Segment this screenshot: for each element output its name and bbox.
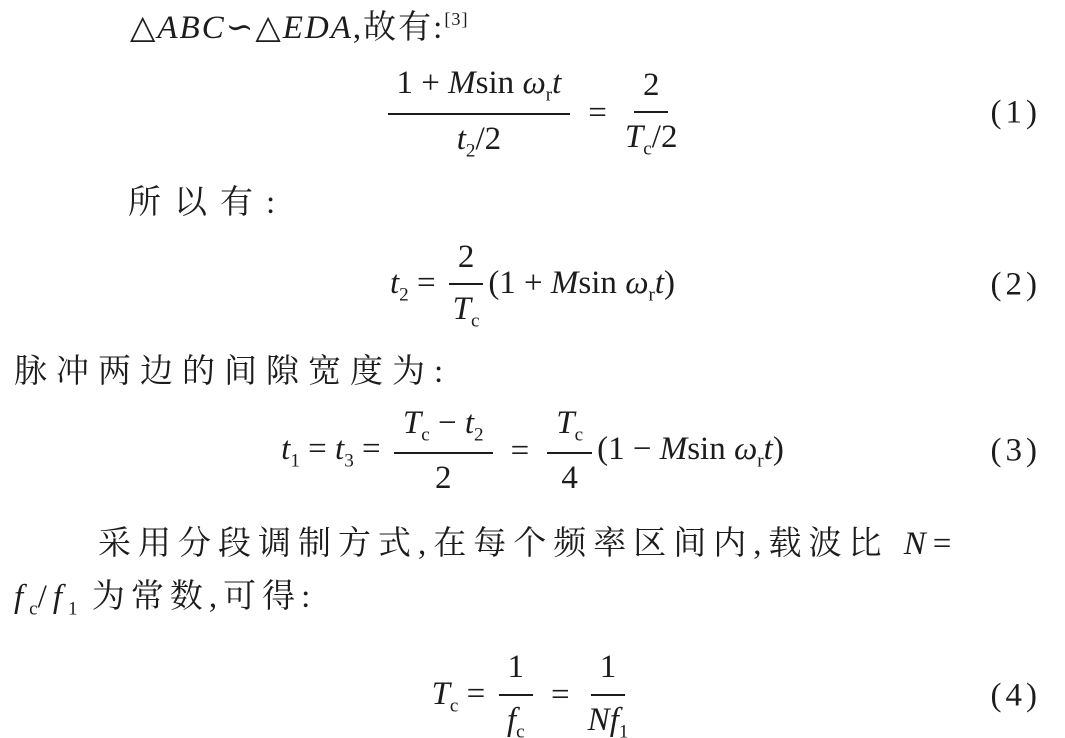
- subscript: 1: [619, 721, 629, 738]
- math-token: t: [390, 265, 399, 301]
- math-group: (1 + Msin ωrt): [488, 263, 675, 308]
- math-token: 4: [561, 460, 578, 496]
- math-token: t: [764, 431, 773, 467]
- slash-symbol: /: [38, 579, 53, 615]
- math-token: T: [625, 119, 643, 155]
- denominator: t2/2: [457, 115, 501, 164]
- equation-3: t1 = t3 = Tc − t2 2 = Tc 4 (1 − Msin ωrt…: [0, 403, 1065, 500]
- fraction: 1 + Msin ωrt t2/2: [388, 63, 571, 163]
- math-token: T: [403, 405, 421, 441]
- denominator: Nf1: [588, 696, 629, 738]
- equals-sign: =: [354, 431, 389, 467]
- subscript: 3: [344, 451, 354, 472]
- equation-1: 1 + Msin ωrt t2/2 = 2 Tc/2 (1): [0, 63, 1065, 163]
- math-token: M: [551, 265, 579, 301]
- math-group: (1 − Msin ωrt): [597, 429, 784, 474]
- equals-sign: =: [300, 431, 335, 467]
- subscript: c: [575, 424, 584, 445]
- subscript: 2: [474, 424, 484, 445]
- equation-number-4: (4): [991, 675, 1041, 716]
- equals-sign: =: [511, 431, 530, 472]
- fraction: 2 Tc: [449, 237, 484, 334]
- subscript: c: [471, 311, 480, 332]
- math-token: sin: [476, 65, 523, 101]
- denominator: 2: [435, 454, 452, 499]
- math-token: t: [281, 431, 290, 467]
- fraction: 1 fc: [499, 647, 534, 738]
- math-token: M: [660, 431, 688, 467]
- math-group: Tc =: [432, 674, 494, 719]
- math-token: ω: [625, 265, 648, 301]
- math-token: f: [507, 702, 516, 738]
- citation-ref: [3]: [444, 9, 468, 29]
- numerator: 2: [634, 65, 669, 113]
- subscript: 1: [290, 451, 300, 472]
- fraction: 1 Nf1: [588, 647, 629, 738]
- math-token: ,故有:: [353, 10, 444, 46]
- numerator: 1 + Msin ωrt: [388, 63, 571, 115]
- math-token: 1: [600, 649, 617, 685]
- subscript: c: [643, 139, 652, 160]
- math-token: sin: [578, 265, 625, 301]
- math-token: T: [432, 676, 450, 712]
- denominator: 4: [561, 454, 578, 499]
- math-token: t: [457, 121, 466, 157]
- subscript: 1: [68, 598, 78, 619]
- math-token: t: [335, 431, 344, 467]
- math-token: f: [610, 702, 619, 738]
- math-token: 2: [643, 67, 660, 103]
- math-token: t: [655, 265, 664, 301]
- fraction: Tc 4: [547, 403, 592, 500]
- equals-sign: =: [551, 675, 570, 716]
- math-group: t2 =: [390, 263, 444, 308]
- math-token: 2: [458, 239, 475, 275]
- triangle-symbol: △: [130, 10, 157, 46]
- math-group: t1 = t3 =: [281, 429, 389, 474]
- math-token: M: [448, 65, 476, 101]
- denominator: fc: [507, 696, 525, 738]
- numerator: Tc − t2: [394, 403, 493, 455]
- math-token: ω: [522, 65, 545, 101]
- math-token: ): [664, 265, 675, 301]
- math-token: ): [773, 431, 784, 467]
- minus-sign: −: [430, 405, 465, 441]
- fraction: 2 Tc/2: [625, 65, 678, 162]
- document-page: △ABC∽△EDA,故有:[3] 1 + Msin ωrt t2/2 = 2 T…: [0, 0, 1065, 738]
- numerator: 2: [449, 237, 484, 285]
- equals-sign: =: [933, 526, 959, 562]
- subscript: c: [29, 598, 38, 619]
- equation-number-2: (2): [991, 264, 1041, 305]
- connector-line-maichong: 脉冲两边的间隙宽度为:: [14, 352, 1065, 393]
- paragraph-line-1: 采用分段调制方式,在每个频率区间内,载波比 N=: [98, 524, 1065, 565]
- math-token: (1 +: [488, 265, 551, 301]
- text-token: 采用分段调制方式,在每个频率区间内,载波比: [98, 526, 904, 562]
- denominator: Tc: [453, 285, 480, 334]
- math-token: 2: [435, 460, 452, 496]
- math-token: ABC: [157, 10, 225, 46]
- subscript: c: [516, 721, 525, 738]
- numerator: Tc: [547, 403, 592, 455]
- equation-number-1: (1): [991, 93, 1041, 134]
- math-token: T: [453, 291, 471, 327]
- math-token: N: [588, 702, 610, 738]
- equation-4: Tc = 1 fc = 1 Nf1 (4): [0, 647, 1065, 738]
- math-token: t: [465, 405, 474, 441]
- math-token: (1 −: [597, 431, 660, 467]
- subscript: 2: [399, 284, 409, 305]
- fraction: Tc − t2 2: [394, 403, 493, 500]
- equals-sign: =: [458, 676, 493, 712]
- equation-number-3: (3): [991, 431, 1041, 472]
- numerator: 1: [591, 647, 626, 695]
- numerator: 1: [499, 647, 534, 695]
- math-token: f: [14, 579, 29, 615]
- similar-symbol: ∽: [226, 10, 256, 46]
- equals-sign: =: [588, 93, 607, 134]
- math-token: /2: [475, 121, 501, 157]
- math-token: 1: [508, 649, 525, 685]
- subscript: c: [421, 424, 430, 445]
- math-token: N: [904, 526, 933, 562]
- math-token: ω: [734, 431, 757, 467]
- math-token: EDA: [283, 10, 353, 46]
- math-token: f: [53, 579, 68, 615]
- equals-sign: =: [409, 265, 444, 301]
- denominator: Tc/2: [625, 113, 678, 162]
- equation-2: t2 = 2 Tc (1 + Msin ωrt) (2): [0, 237, 1065, 334]
- math-token: 1 +: [397, 65, 449, 101]
- paragraph-line-2: fc/f1 为常数,可得:: [14, 577, 1065, 622]
- text-token: 为常数,可得:: [78, 579, 317, 615]
- math-token: T: [556, 405, 574, 441]
- math-token: sin: [687, 431, 734, 467]
- math-token: /2: [652, 119, 678, 155]
- math-token: t: [552, 65, 561, 101]
- triangle-symbol: △: [255, 10, 282, 46]
- intro-line: △ABC∽△EDA,故有:[3]: [130, 8, 1065, 49]
- connector-line-suoyou: 所以有:: [128, 183, 1065, 224]
